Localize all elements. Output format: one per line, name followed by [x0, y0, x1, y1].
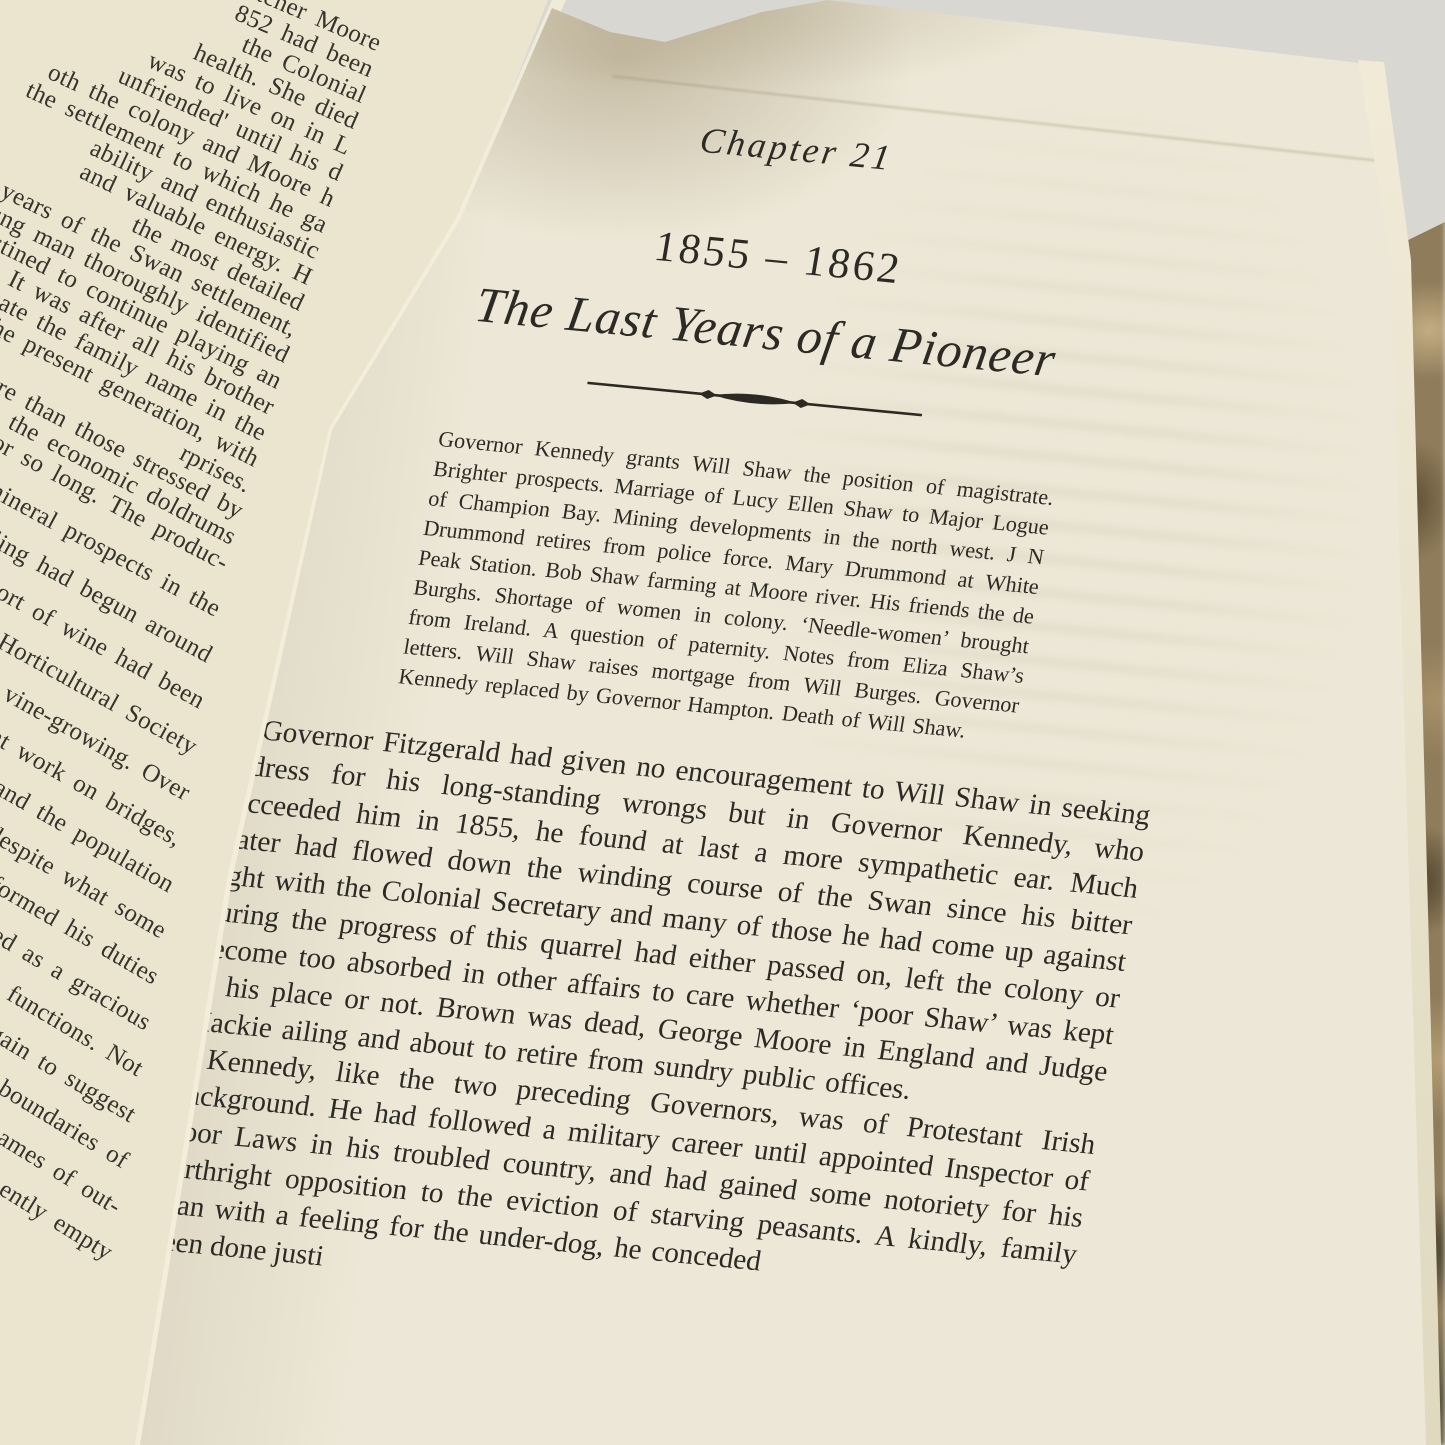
body-text: Governor Fitzgerald had given no encoura…	[152, 710, 1153, 1310]
book-photo: etcher Moore852 had beenthe Colonialheal…	[0, 0, 1445, 1445]
chapter-ornament-icon	[584, 372, 926, 426]
chapter-summary: Governor Kennedy grants Will Shaw the po…	[396, 424, 1056, 750]
